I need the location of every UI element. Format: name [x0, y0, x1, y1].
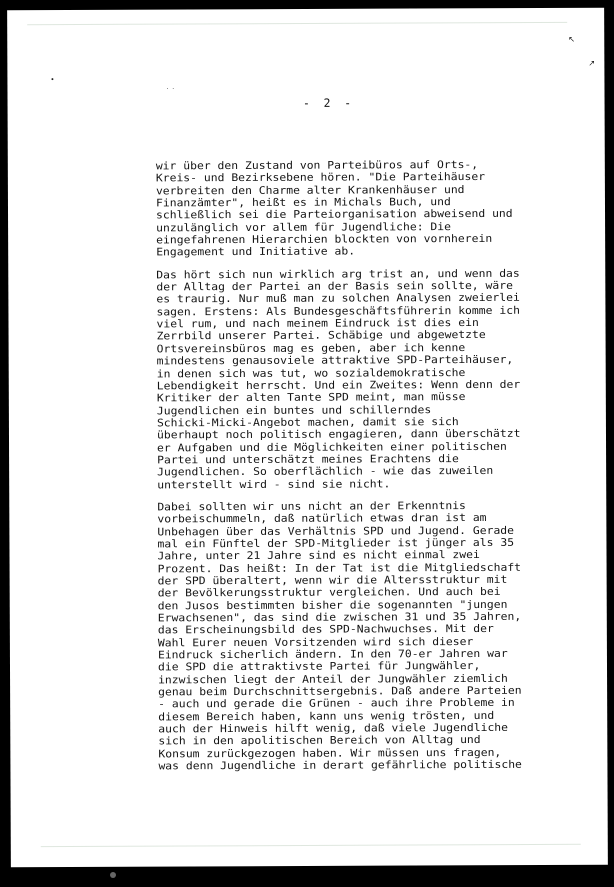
- page-number: - 2 -: [8, 95, 605, 112]
- stray-dots: · ·: [166, 86, 175, 94]
- text-line: unterstellt wird - sind sie nicht.: [157, 477, 577, 490]
- scan-speck: [51, 78, 53, 80]
- scan-noise-line: [27, 22, 567, 25]
- text-line: diesem Bereich haben, kann uns wenig trö…: [158, 709, 578, 722]
- text-line: sagen. Erstens: Als Bundesgeschäftsführe…: [156, 304, 576, 317]
- text-line: er Aufgaben und die Möglichkeiten einer …: [157, 440, 577, 453]
- text-line: Engagement und Initiative ab.: [156, 245, 576, 258]
- text-line: eingefahrenen Hierarchien blockten von v…: [156, 232, 576, 245]
- text-line: die SPD die attraktivste Partei für Jung…: [158, 660, 578, 673]
- paragraph-3: Dabei sollten wir uns nicht an der Erken…: [157, 499, 578, 772]
- text-line: was denn Jugendliche in derart gefährlic…: [158, 758, 578, 771]
- paragraph-1: wir über den Zustand von Parteibüros auf…: [156, 158, 576, 259]
- scanned-page: ↖ ↗ · · - 2 - wir über den Zustand von P…: [7, 8, 608, 868]
- text-line: sich in den apolitischen Bereich von All…: [158, 734, 578, 747]
- document-body: wir über den Zustand von Parteibüros auf…: [156, 158, 579, 782]
- text-line: das Erscheinungsbild des SPD-Nachwuchses…: [158, 623, 578, 636]
- text-line: Zerrbild unserer Partei. Schäbige und ab…: [157, 329, 577, 342]
- text-line: Kritiker der alten Tante SPD meint, man …: [157, 391, 577, 404]
- text-line: schließlich sei die Parteiorganisation a…: [156, 208, 576, 221]
- text-line: verbreiten den Charme alter Krankenhäuse…: [156, 183, 576, 196]
- text-line: Jugendlichen ein buntes und schillerndes: [157, 403, 577, 416]
- scan-speck: [110, 872, 116, 878]
- text-line: Wahl Eurer neuen Vorsitzenden wird sich …: [158, 635, 578, 648]
- text-line: Unbehagen über das Verhältnis SPD und Ju…: [157, 524, 577, 537]
- text-line: mindestens genausoviele attraktive SPD-P…: [157, 353, 577, 366]
- text-line: der Bevölkerungsstruktur vergleichen. Un…: [158, 586, 578, 599]
- text-line: - auch und gerade die Grünen - auch ihre…: [158, 697, 578, 710]
- paragraph-2: Das hört sich nun wirklich arg trist an,…: [156, 267, 577, 491]
- text-line: Jugendlichen. So oberflächlich - wie das…: [157, 465, 577, 478]
- scan-artifact-mark: ↖: [568, 36, 575, 44]
- text-line: Prozent. Das heißt: In der Tat ist die M…: [158, 561, 578, 574]
- text-line: unzulänglich vor allem für Jugendliche: …: [156, 220, 576, 233]
- scan-noise-line: [41, 844, 581, 847]
- scan-artifact-mark: ↗: [588, 60, 595, 68]
- text-line: Kreis- und Bezirksebene hören. "Die Part…: [156, 171, 576, 184]
- text-line: überhaupt noch politisch engagieren, dan…: [157, 428, 577, 441]
